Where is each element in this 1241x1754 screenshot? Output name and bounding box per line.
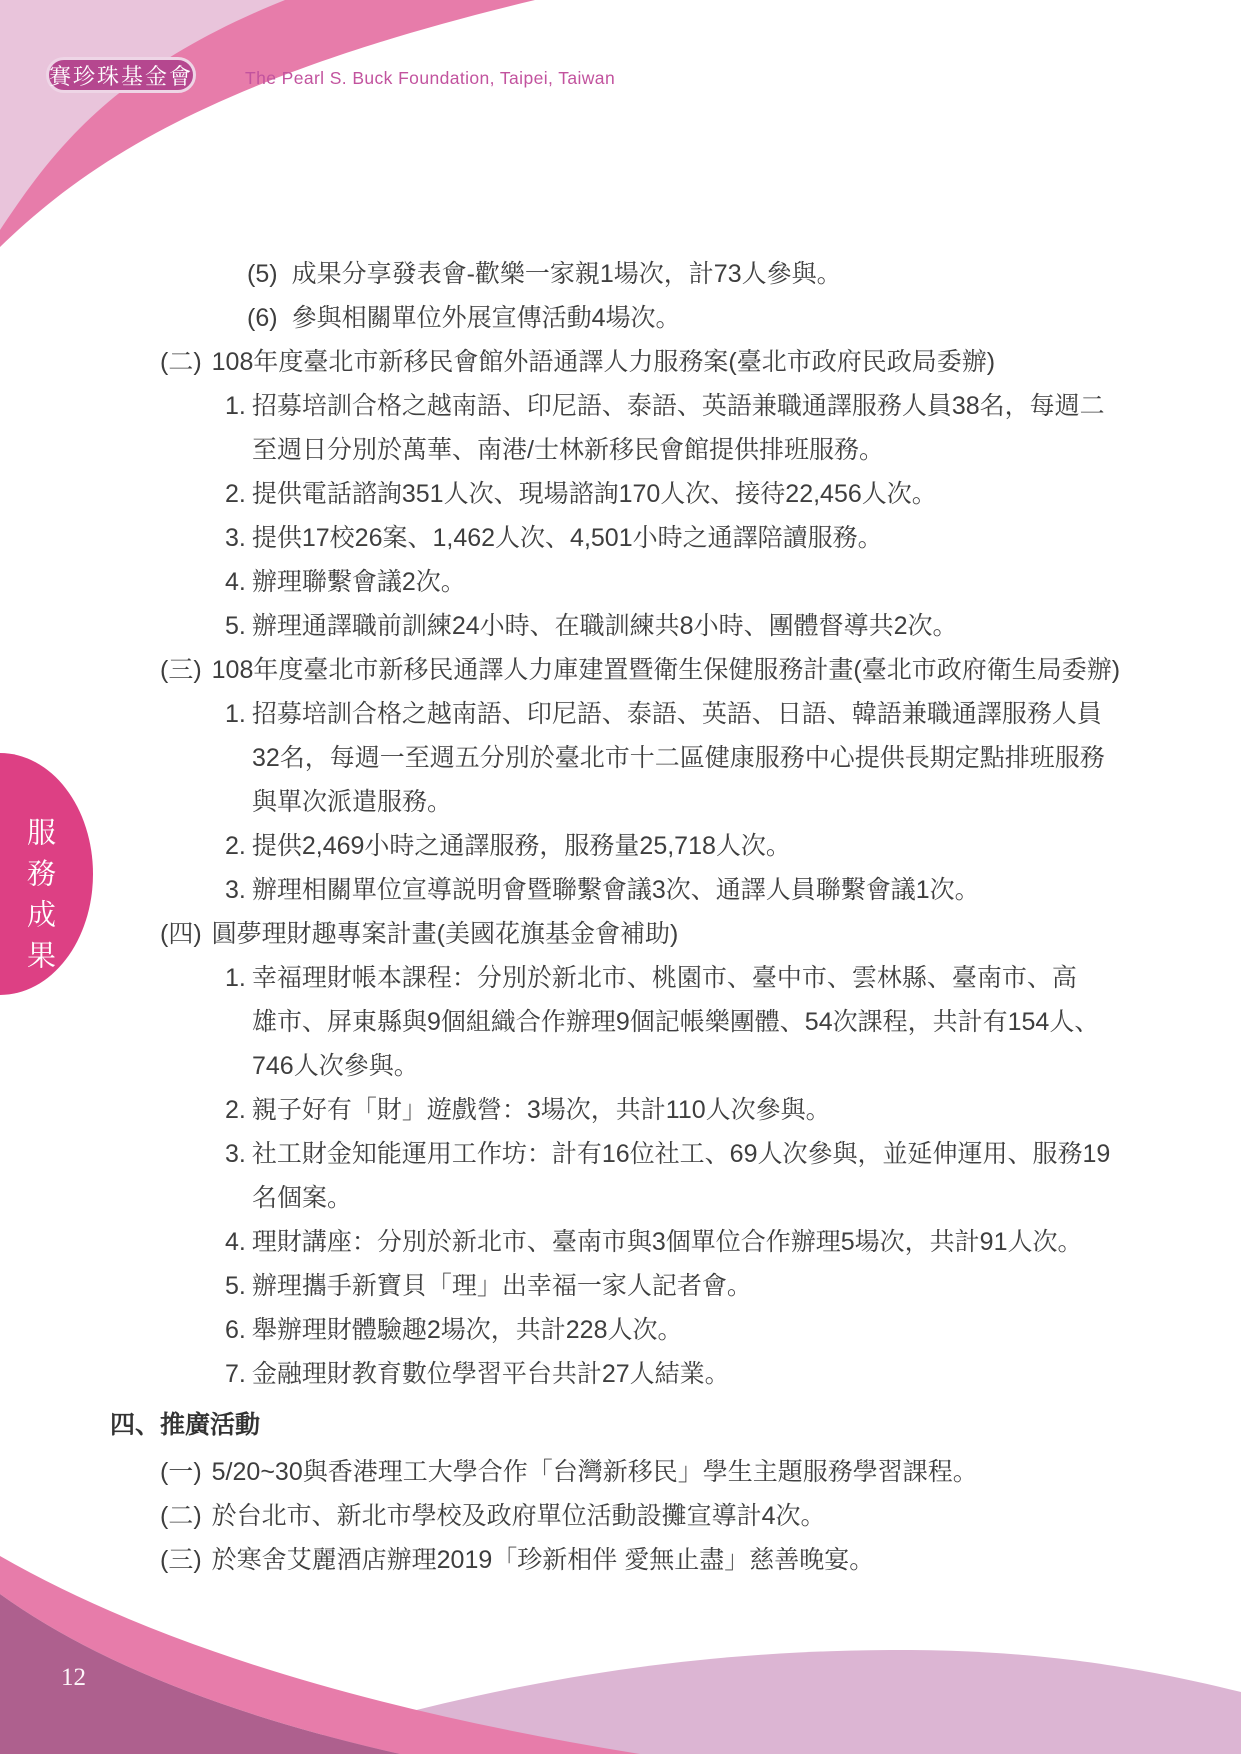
list-line: 與單次派遣服務。 [0, 780, 1241, 824]
list-line: 至週日分別於萬華、南港/士林新移民會館提供排班服務。 [0, 428, 1241, 472]
list-line: (四)圓夢理財趣專案計畫(美國花旗基金會補助) [0, 912, 1241, 956]
list-text: 提供17校26案、1,462人次、4,501小時之通譯陪讀服務。 [252, 516, 883, 560]
list-line: 1.招募培訓合格之越南語、印尼語、泰語、英語兼職通譯服務人員38名，每週二 [0, 384, 1241, 428]
list-marker: (四) [160, 912, 202, 956]
list-marker: 2. [225, 472, 246, 516]
list-line: 5.辦理通譯職前訓練24小時、在職訓練共8小時、團體督導共2次。 [0, 604, 1241, 648]
list-marker: 1. [225, 692, 246, 736]
list-text: 108年度臺北市新移民會館外語通譯人力服務案(臺北市政府民政局委辦) [212, 340, 995, 384]
list-text: 5/20~30與香港理工大學合作「台灣新移民」學生主題服務學習課程。 [212, 1450, 978, 1494]
list-text: 提供電話諮詢351人次、現場諮詢170人次、接待22,456人次。 [252, 472, 937, 516]
list-line: 名個案。 [0, 1176, 1241, 1220]
list-line: 3.辦理相關單位宣導説明會暨聯繫會議3次、通譯人員聯繫會議1次。 [0, 868, 1241, 912]
list-line: 2.提供電話諮詢351人次、現場諮詢170人次、接待22,456人次。 [0, 472, 1241, 516]
list-line: (6)參與相關單位外展宣傳活動4場次。 [0, 296, 1241, 340]
report-page: 賽珍珠基金會 The Pearl S. Buck Foundation, Tai… [0, 0, 1241, 1754]
list-marker: 4. [225, 1220, 246, 1264]
list-marker: 7. [225, 1352, 246, 1396]
list-line: 5.辦理攜手新寶貝「理」出幸福一家人記者會。 [0, 1264, 1241, 1308]
list-line: 6.舉辦理財體驗趣2場次，共計228人次。 [0, 1308, 1241, 1352]
list-marker: 2. [225, 824, 246, 868]
list-line: 4.理財講座：分別於新北市、臺南市與3個單位合作辦理5場次，共計91人次。 [0, 1220, 1241, 1264]
list-line: 1.幸福理財帳本課程：分別於新北市、桃園市、臺中市、雲林縣、臺南市、高 [0, 956, 1241, 1000]
list-text: 幸福理財帳本課程：分別於新北市、桃園市、臺中市、雲林縣、臺南市、高 [252, 956, 1077, 1000]
list-text: 於台北市、新北市學校及政府單位活動設攤宣導計4次。 [212, 1494, 826, 1538]
list-line: 1.招募培訓合格之越南語、印尼語、泰語、英語、日語、韓語兼職通譯服務人員 [0, 692, 1241, 736]
list-text: 提供2,469小時之通譯服務，服務量25,718人次。 [252, 824, 791, 868]
list-line: 3.提供17校26案、1,462人次、4,501小時之通譯陪讀服務。 [0, 516, 1241, 560]
list-marker: 5. [225, 604, 246, 648]
list-line: 746人次參與。 [0, 1044, 1241, 1088]
list-marker: (二) [160, 1494, 202, 1538]
list-text: 理財講座：分別於新北市、臺南市與3個單位合作辦理5場次，共計91人次。 [252, 1220, 1083, 1264]
list-text: 舉辦理財體驗趣2場次，共計228人次。 [252, 1308, 683, 1352]
list-text: 辦理攜手新寶貝「理」出幸福一家人記者會。 [252, 1264, 752, 1308]
list-line: 2.親子好有「財」遊戲營：3場次，共計110人次參與。 [0, 1088, 1241, 1132]
list-marker: (二) [160, 340, 202, 384]
list-text: 辦理通譯職前訓練24小時、在職訓練共8小時、團體督導共2次。 [252, 604, 958, 648]
list-line: 32名，每週一至週五分別於臺北市十二區健康服務中心提供長期定點排班服務 [0, 736, 1241, 780]
list-text: 名個案。 [252, 1176, 352, 1220]
list-line: 2.提供2,469小時之通譯服務，服務量25,718人次。 [0, 824, 1241, 868]
list-line: 3.社工財金知能運用工作坊：計有16位社工、69人次參與，並延伸運用、服務19 [0, 1132, 1241, 1176]
org-name-english: The Pearl S. Buck Foundation, Taipei, Ta… [245, 68, 615, 89]
list-marker: 4. [225, 560, 246, 604]
list-marker: 2. [225, 1088, 246, 1132]
list-line: (二)108年度臺北市新移民會館外語通譯人力服務案(臺北市政府民政局委辦) [0, 340, 1241, 384]
list-text: 32名，每週一至週五分別於臺北市十二區健康服務中心提供長期定點排班服務 [252, 736, 1105, 780]
list-marker: 1. [225, 956, 246, 1000]
foundation-badge-label: 賽珍珠基金會 [49, 60, 193, 91]
list-line: (二)於台北市、新北市學校及政府單位活動設攤宣導計4次。 [0, 1494, 1241, 1538]
list-text: 圓夢理財趣專案計畫(美國花旗基金會補助) [212, 912, 679, 956]
list-line: 雄市、屏東縣與9個組織合作辦理9個記帳樂團體、54次課程，共計有154人、 [0, 1000, 1241, 1044]
list-text: 招募培訓合格之越南語、印尼語、泰語、英語、日語、韓語兼職通譯服務人員 [252, 692, 1102, 736]
list-line: 4.辦理聯繫會議2次。 [0, 560, 1241, 604]
list-line: (三)108年度臺北市新移民通譯人力庫建置暨衛生保健服務計畫(臺北市政府衛生局委… [0, 648, 1241, 692]
section-heading: 四、推廣活動 [0, 1403, 1241, 1447]
list-text: 辦理相關單位宣導説明會暨聯繫會議3次、通譯人員聯繫會議1次。 [252, 868, 980, 912]
list-text: 參與相關單位外展宣傳活動4場次。 [292, 296, 681, 340]
list-marker: (6) [247, 296, 278, 340]
list-text: 成果分享發表會-歡樂一家親1場次，計73人參與。 [292, 252, 842, 296]
list-text: 746人次參與。 [252, 1044, 419, 1088]
list-marker: 3. [225, 1132, 246, 1176]
list-text: 與單次派遣服務。 [252, 780, 452, 824]
list-marker: (三) [160, 648, 202, 692]
list-text: 親子好有「財」遊戲營：3場次，共計110人次參與。 [252, 1088, 831, 1132]
list-text: 招募培訓合格之越南語、印尼語、泰語、英語兼職通譯服務人員38名，每週二 [252, 384, 1105, 428]
list-text: 108年度臺北市新移民通譯人力庫建置暨衛生保健服務計畫(臺北市政府衛生局委辦) [212, 648, 1120, 692]
list-marker: 3. [225, 868, 246, 912]
list-text: 辦理聯繫會議2次。 [252, 560, 466, 604]
list-text: 社工財金知能運用工作坊：計有16位社工、69人次參與，並延伸運用、服務19 [252, 1132, 1110, 1176]
list-line: (一)5/20~30與香港理工大學合作「台灣新移民」學生主題服務學習課程。 [0, 1450, 1241, 1494]
list-marker: (一) [160, 1450, 202, 1494]
foundation-badge: 賽珍珠基金會 [46, 57, 196, 93]
list-text: 雄市、屏東縣與9個組織合作辦理9個記帳樂團體、54次課程，共計有154人、 [252, 1000, 1099, 1044]
list-line: (5)成果分享發表會-歡樂一家親1場次，計73人參與。 [0, 252, 1241, 296]
page-number: 12 [61, 1664, 86, 1692]
list-text: 至週日分別於萬華、南港/士林新移民會館提供排班服務。 [252, 428, 884, 472]
footer-curve-decoration [0, 1550, 1241, 1754]
list-line: 7.金融理財教育數位學習平台共計27人結業。 [0, 1352, 1241, 1396]
list-marker: (5) [247, 252, 278, 296]
list-marker: 3. [225, 516, 246, 560]
report-body: (5)成果分享發表會-歡樂一家親1場次，計73人參與。(6)參與相關單位外展宣傳… [0, 252, 1241, 1582]
list-marker: 1. [225, 384, 246, 428]
list-text: 金融理財教育數位學習平台共計27人結業。 [252, 1352, 730, 1396]
list-marker: 5. [225, 1264, 246, 1308]
list-text: 四、推廣活動 [110, 1403, 260, 1447]
list-marker: 6. [225, 1308, 246, 1352]
